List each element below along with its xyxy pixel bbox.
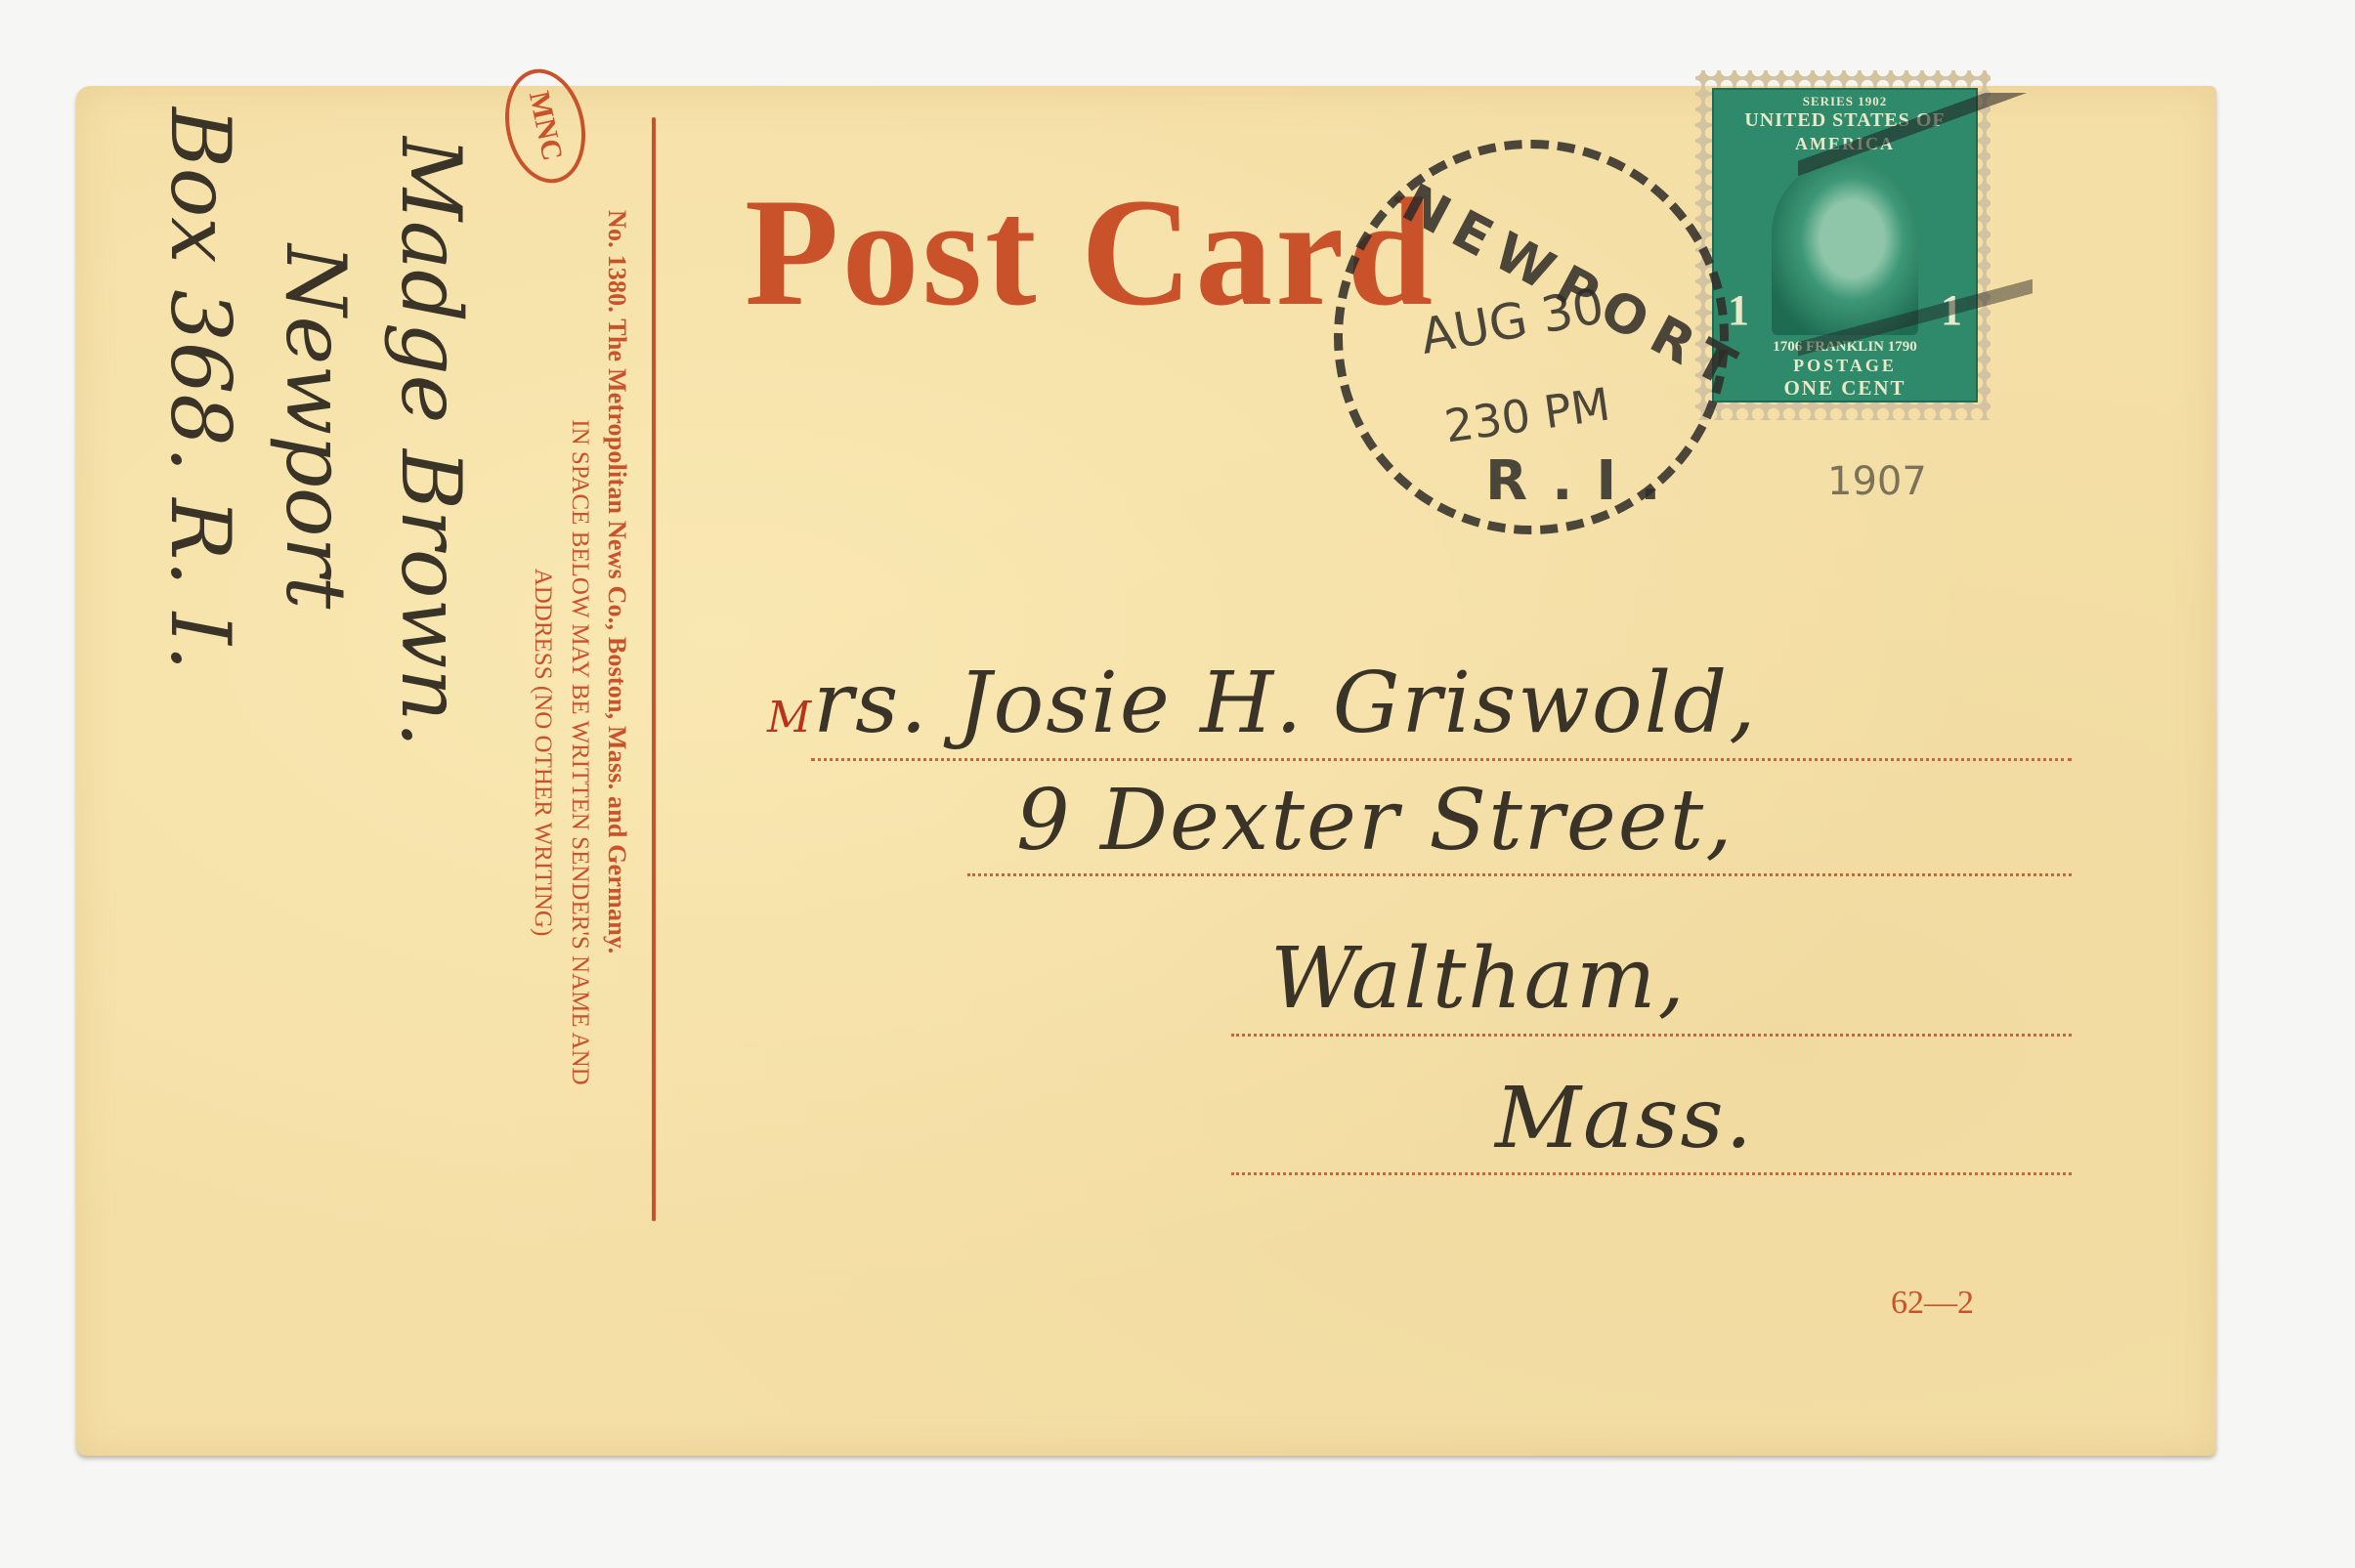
vertical-divider xyxy=(652,117,656,1221)
sender-name: Madge Brown. xyxy=(373,137,489,747)
imprint-instructions-2: ADDRESS (NO OTHER WRITING) xyxy=(524,210,561,1294)
postmark-state: R.I. xyxy=(1485,449,1685,513)
series-code: 62—2 xyxy=(1891,1285,1974,1322)
sender-address: Madge Brown. Newport Box 368. R. I. xyxy=(143,107,489,747)
imprint-instructions: IN SPACE BELOW MAY BE WRITTEN SENDER'S N… xyxy=(561,210,598,1294)
sender-box: Box 368. R. I. xyxy=(143,107,258,747)
recipient-name: Mrs. Josie H. Griswold, xyxy=(767,655,1758,752)
recipient-state: Mass. xyxy=(1495,1070,1754,1167)
address-line-1 xyxy=(811,758,2072,761)
postmark-year: 1907 xyxy=(1827,459,1927,504)
recipient-city: Waltham, xyxy=(1270,930,1687,1028)
card-title: Post Card xyxy=(745,164,1435,342)
recipient-street: 9 Dexter Street, xyxy=(1016,772,1734,869)
imprint-publisher: No. 1380. The Metropolitan News Co., Bos… xyxy=(598,210,635,1294)
address-line-4 xyxy=(1231,1172,2072,1175)
address-line-2 xyxy=(967,873,2072,876)
recipient-prefix: M xyxy=(767,693,813,742)
address-line-3 xyxy=(1231,1034,2072,1037)
cancellation-bars xyxy=(1798,93,2033,386)
sender-city: Newport xyxy=(258,244,373,747)
